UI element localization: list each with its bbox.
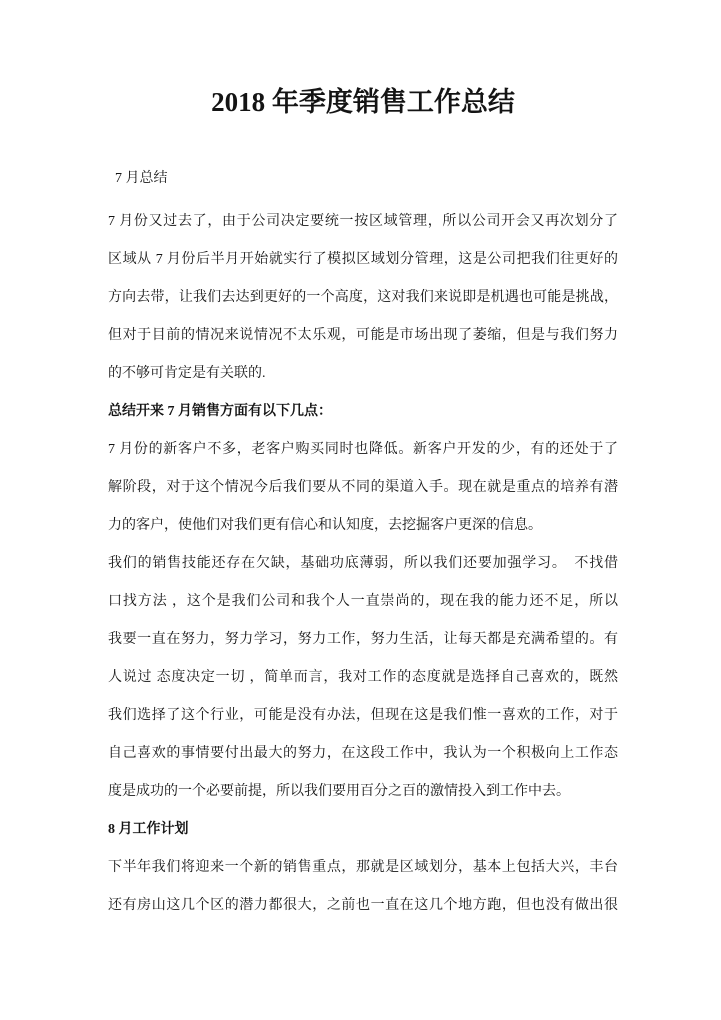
section-heading-july-sales-points: 总结开来 7 月销售方面有以下几点： [108, 393, 618, 431]
doc-line: 7 月份又过去了，由于公司决定要统一按区域管理，所以公司开会又再次划分了 [108, 203, 618, 241]
doc-line: 区域从 7 月份后半月开始就实行了模拟区域划分管理，这是公司把我们往更好的 [108, 241, 618, 279]
doc-line: 自己喜欢的事情要付出最大的努力，在这段工作中，我认为一个积极向上工作态 [108, 735, 618, 773]
doc-line: 我们的销售技能还存在欠缺，基础功底薄弱，所以我们还要加强学习。 不找借 [108, 545, 618, 583]
section-heading-august-plan: 8 月工作计划 [108, 811, 618, 849]
doc-line: 的不够可肯定是有关联的. [108, 355, 618, 393]
doc-line: 下半年我们将迎来一个新的销售重点，那就是区域划分，基本上包括大兴，丰台 [108, 849, 618, 887]
doc-title: 2018 年季度销售工作总结 [108, 82, 618, 122]
doc-line: 我们选择了这个行业，可能是没有办法，但现在这是我们惟一喜欢的工作，对于 [108, 697, 618, 735]
doc-line: 但对于目前的情况来说情况不太乐观，可能是市场出现了萎缩，但是与我们努力 [108, 317, 618, 355]
doc-line: 力的客户，使他们对我们更有信心和认知度，去挖掘客户更深的信息。 [108, 507, 618, 545]
doc-line: 我要一直在努力，努力学习，努力工作，努力生活，让每天都是充满希望的。有 [108, 621, 618, 659]
doc-line: 方向去带，让我们去达到更好的一个高度，这对我们来说即是机遇也可能是挑战， [108, 279, 618, 317]
doc-line: 人说过 态度决定一切 ，简单而言，我对工作的态度就是选择自己喜欢的，既然 [108, 659, 618, 697]
doc-line: 度是成功的一个必要前提，所以我们要用百分之百的激情投入到工作中去。 [108, 773, 618, 811]
doc-line: 7 月份的新客户不多，老客户购买同时也降低。新客户开发的少，有的还处于了 [108, 431, 618, 469]
section-heading-july-summary: 7 月总结 [108, 160, 618, 198]
doc-line: 还有房山这几个区的潜力都很大，之前也一直在这几个地方跑，但也没有做出很 [108, 887, 618, 925]
document-page: 2018 年季度销售工作总结 7 月总结 7 月份又过去了，由于公司决定要统一按… [0, 0, 721, 1020]
doc-line: 口找方法 ，这个是我们公司和我个人一直崇尚的，现在我的能力还不足，所以 [108, 583, 618, 621]
doc-line: 解阶段，对于这个情况今后我们要从不同的渠道入手。现在就是重点的培养有潜 [108, 469, 618, 507]
document-body: 2018 年季度销售工作总结 7 月总结 7 月份又过去了，由于公司决定要统一按… [108, 0, 618, 925]
